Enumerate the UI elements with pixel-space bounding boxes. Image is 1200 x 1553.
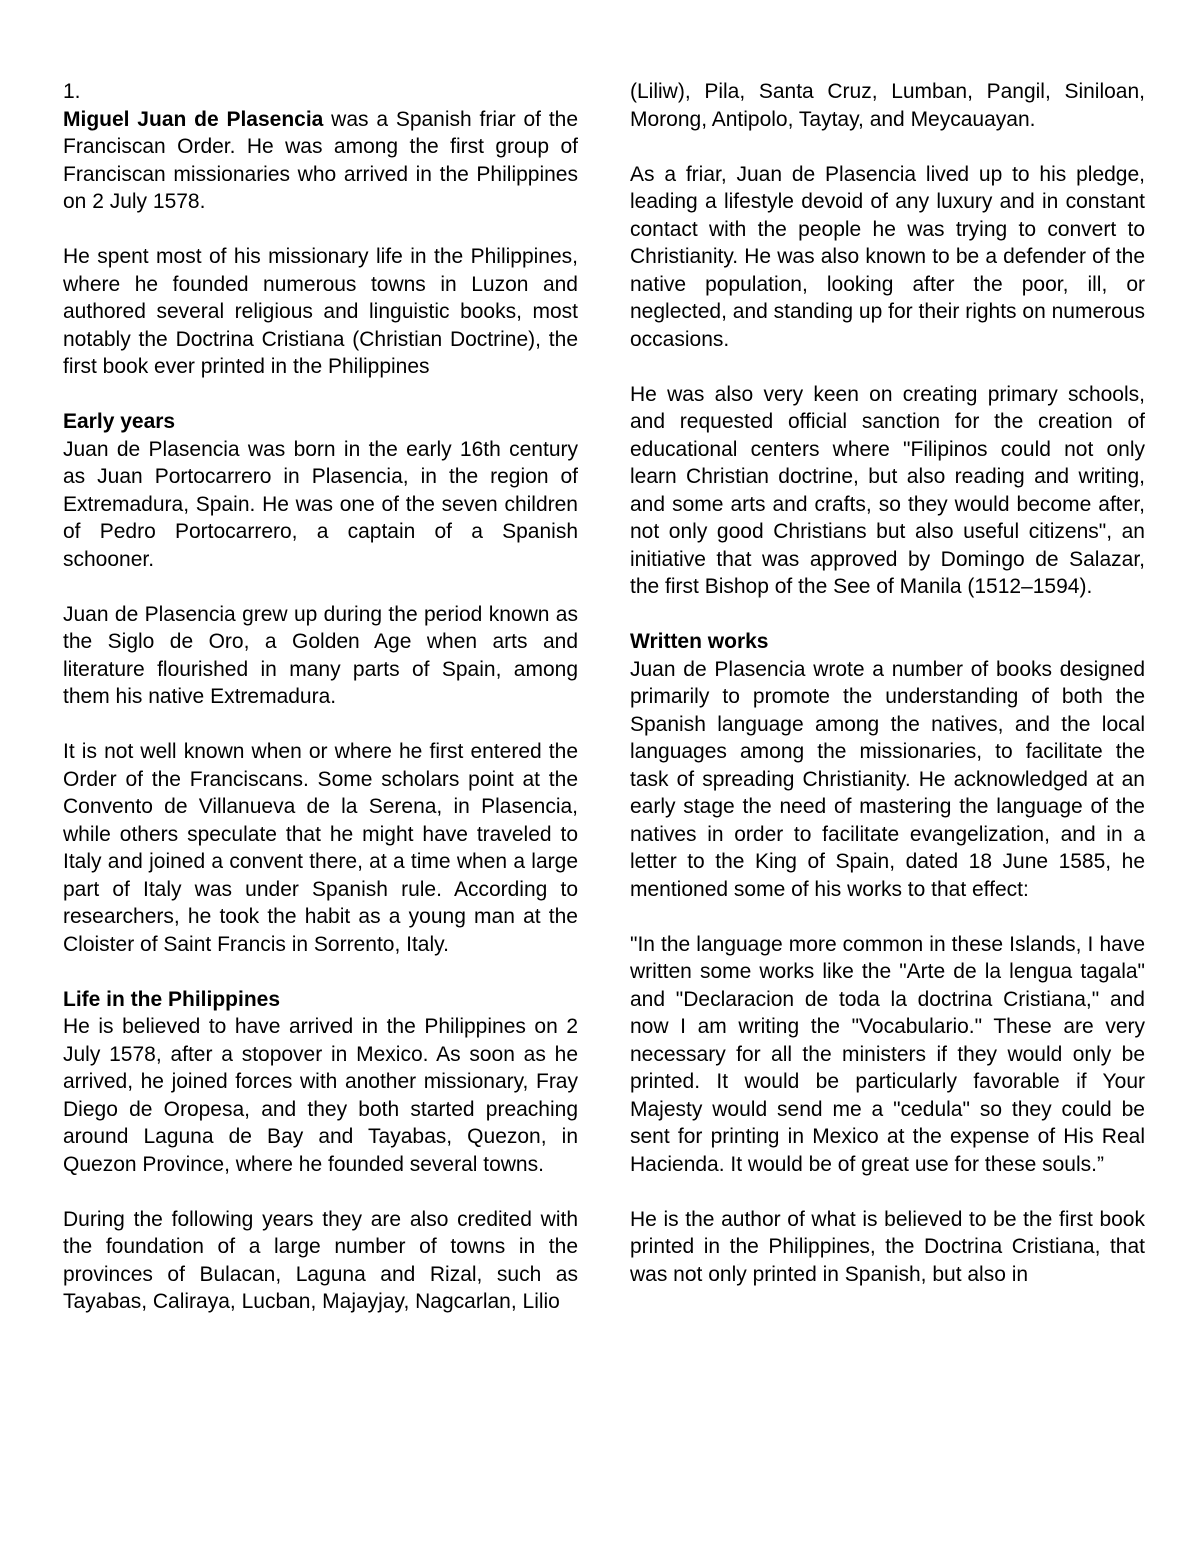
- paragraph-towns-continued: (Liliw), Pila, Santa Cruz, Lumban, Pangi…: [630, 78, 1145, 133]
- paragraph-doctrina-cristiana: He is the author of what is believed to …: [630, 1206, 1145, 1289]
- right-column: (Liliw), Pila, Santa Cruz, Lumban, Pangi…: [630, 78, 1145, 1553]
- paragraph-towns-founded: During the following years they are also…: [63, 1206, 578, 1316]
- subject-name-bold: Miguel Juan de Plasencia: [63, 108, 323, 131]
- paragraph-friar-pledge: As a friar, Juan de Plasencia lived up t…: [630, 161, 1145, 354]
- heading-written-works: Written works: [630, 628, 1145, 656]
- paragraph-primary-schools: He was also very keen on creating primar…: [630, 381, 1145, 601]
- heading-life-in-philippines: Life in the Philippines: [63, 986, 578, 1014]
- document-page: 1. Miguel Juan de Plasencia was a Spanis…: [0, 0, 1200, 1553]
- paragraph-franciscan-order: It is not well known when or where he fi…: [63, 738, 578, 958]
- heading-early-years: Early years: [63, 408, 578, 436]
- paragraph-missionary-life: He spent most of his missionary life in …: [63, 243, 578, 381]
- paragraph-letter-quote: "In the language more common in these Is…: [630, 931, 1145, 1179]
- list-number: 1.: [63, 78, 578, 106]
- intro-paragraph: Miguel Juan de Plasencia was a Spanish f…: [63, 106, 578, 216]
- paragraph-birth: Juan de Plasencia was born in the early …: [63, 436, 578, 574]
- paragraph-siglo-de-oro: Juan de Plasencia grew up during the per…: [63, 601, 578, 711]
- paragraph-written-works: Juan de Plasencia wrote a number of book…: [630, 656, 1145, 904]
- paragraph-arrival: He is believed to have arrived in the Ph…: [63, 1013, 578, 1178]
- left-column: 1. Miguel Juan de Plasencia was a Spanis…: [63, 78, 578, 1553]
